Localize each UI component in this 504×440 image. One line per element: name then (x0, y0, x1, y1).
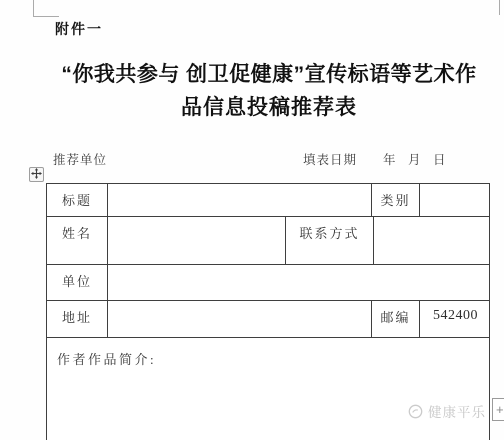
date-day-label: 日 (433, 150, 447, 168)
watermark: 健康平乐 (408, 401, 486, 421)
date-month-label: 月 (408, 150, 422, 168)
postcode-value-cell[interactable]: 542400 (420, 301, 491, 337)
table-row-title: 标题 类别 (47, 184, 489, 217)
margin-mark-top-left-vertical (33, 0, 34, 17)
category-label-cell: 类别 (372, 184, 420, 216)
expand-button[interactable]: + (492, 398, 504, 421)
date-year-label: 年 (383, 150, 397, 168)
contact-input-cell[interactable] (374, 217, 491, 264)
category-input-cell[interactable] (420, 184, 491, 216)
table-move-handle[interactable] (29, 167, 44, 182)
watermark-logo-icon (408, 404, 423, 419)
margin-mark-top-left-horizontal (33, 16, 59, 17)
address-label-cell: 地址 (47, 301, 108, 337)
postcode-label-cell: 邮编 (372, 301, 420, 337)
watermark-text: 健康平乐 (428, 401, 486, 421)
margin-mark-top-right-vertical (499, 0, 500, 15)
contact-label-cell: 联系方式 (286, 217, 374, 264)
address-input-cell[interactable] (108, 301, 372, 337)
document-page: 附件一 “你我共参与 创卫促健康”宣传标语等艺术作 品信息投稿推荐表 推荐单位 … (0, 0, 504, 440)
document-title-line1: “你我共参与 创卫促健康”宣传标语等艺术作 (34, 58, 504, 91)
title-input-cell[interactable] (108, 184, 372, 216)
plus-icon: + (496, 402, 504, 417)
document-title-line2: 品信息投稿推荐表 (34, 91, 504, 124)
title-label-cell: 标题 (47, 184, 108, 216)
unit-label-cell: 单位 (47, 265, 108, 300)
name-label-cell: 姓名 (47, 217, 108, 264)
fill-date-label: 填表日期 (303, 150, 357, 168)
document-title: “你我共参与 创卫促健康”宣传标语等艺术作 品信息投稿推荐表 (34, 58, 504, 124)
unit-input-cell[interactable] (108, 265, 489, 300)
table-row-name: 姓名 联系方式 (47, 217, 489, 265)
table-row-address: 地址 邮编 542400 (47, 301, 489, 338)
table-row-intro: 作者作品简介: (47, 338, 489, 440)
name-input-cell[interactable] (108, 217, 286, 264)
recommend-unit-label: 推荐单位 (53, 150, 107, 168)
intro-cell[interactable]: 作者作品简介: (47, 338, 489, 440)
move-icon (31, 166, 42, 184)
table-row-unit: 单位 (47, 265, 489, 301)
attachment-label: 附件一 (55, 19, 103, 39)
